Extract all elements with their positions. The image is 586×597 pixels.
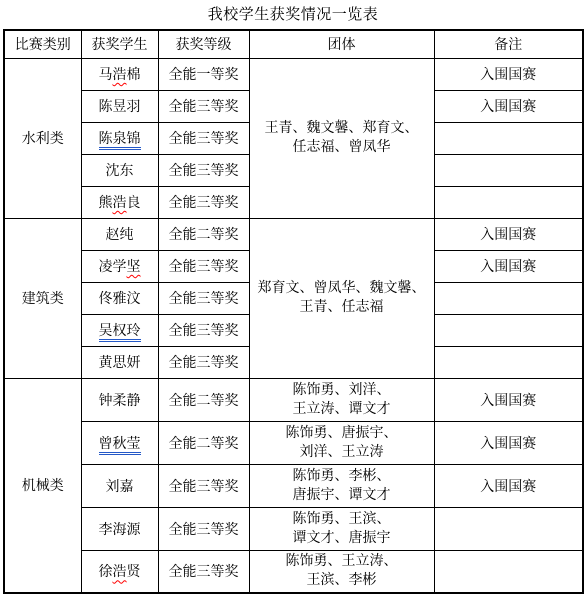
column-header-award-level: 获奖等级 bbox=[158, 30, 249, 58]
team-cell: 王青、魏文馨、郑育文、任志福、曾凤华 bbox=[249, 58, 434, 218]
team-line: 陈饰勇、唐振宇、 bbox=[252, 424, 432, 443]
student-cell: 陈泉锦 bbox=[81, 122, 158, 154]
team-line: 任志福、曾凤华 bbox=[252, 138, 432, 157]
table-row: 机械类钟柔静全能二等奖陈饰勇、刘洋、王立涛、谭文才入围国赛 bbox=[4, 378, 583, 421]
category-cell: 建筑类 bbox=[4, 218, 81, 378]
student-cell: 徐浩贤 bbox=[81, 550, 158, 593]
header-row: 比赛类别 获奖学生 获奖等级 团体 备注 bbox=[4, 30, 583, 58]
note-cell bbox=[434, 154, 583, 186]
student-cell: 李海源 bbox=[81, 507, 158, 550]
team-cell: 陈饰勇、刘洋、王立涛、谭文才 bbox=[249, 378, 434, 421]
grammar-error-mark: 陈泉锦 bbox=[99, 132, 141, 150]
student-cell: 陈昱羽 bbox=[81, 90, 158, 122]
team-line: 唐振宇、谭文才 bbox=[252, 486, 432, 505]
note-cell: 入围国赛 bbox=[434, 90, 583, 122]
award-level-cell: 全能三等奖 bbox=[158, 507, 249, 550]
table-row: 建筑类赵纯全能二等奖郑育文、曾凤华、魏文馨、王青、任志福入围国赛 bbox=[4, 218, 583, 250]
student-cell: 熊浩良 bbox=[81, 186, 158, 218]
column-header-team: 团体 bbox=[249, 30, 434, 58]
team-cell: 郑育文、曾凤华、魏文馨、王青、任志福 bbox=[249, 218, 434, 378]
team-line: 陈饰勇、王滨、 bbox=[252, 510, 432, 529]
note-cell: 入围国赛 bbox=[434, 218, 583, 250]
award-level-cell: 全能二等奖 bbox=[158, 378, 249, 421]
student-name: 李海源 bbox=[99, 523, 141, 538]
award-level-cell: 全能三等奖 bbox=[158, 314, 249, 346]
student-name: 徐浩贤 bbox=[99, 565, 141, 580]
student-cell: 吴权玲 bbox=[81, 314, 158, 346]
spell-error-mark: 浩 bbox=[113, 68, 127, 83]
student-name: 陈昱羽 bbox=[99, 100, 141, 115]
table-row: 李海源全能三等奖陈饰勇、王滨、谭文才、唐振宇 bbox=[4, 507, 583, 550]
student-name: 熊浩良 bbox=[99, 196, 141, 211]
name-text: 良 bbox=[127, 196, 141, 211]
table-row: 水利类马浩棉全能一等奖王青、魏文馨、郑育文、任志福、曾凤华入围国赛 bbox=[4, 58, 583, 90]
award-level-cell: 全能三等奖 bbox=[158, 550, 249, 593]
table-body: 水利类马浩棉全能一等奖王青、魏文馨、郑育文、任志福、曾凤华入围国赛陈昱羽全能三等… bbox=[4, 58, 583, 593]
student-name: 曾秋莹 bbox=[99, 437, 141, 455]
student-cell: 佟雅汶 bbox=[81, 282, 158, 314]
spell-error-mark: 浩 bbox=[113, 565, 127, 580]
student-name: 马浩棉 bbox=[99, 68, 141, 83]
name-text: 贤 bbox=[127, 565, 141, 580]
award-level-cell: 全能三等奖 bbox=[158, 346, 249, 378]
team-cell: 陈饰勇、唐振宇、刘洋、王立涛 bbox=[249, 421, 434, 464]
award-level-cell: 全能三等奖 bbox=[158, 154, 249, 186]
team-line: 王立涛、谭文才 bbox=[252, 400, 432, 419]
awards-table: 比赛类别 获奖学生 获奖等级 团体 备注 水利类马浩棉全能一等奖王青、魏文馨、郑… bbox=[3, 29, 584, 594]
name-text: 棉 bbox=[127, 68, 141, 83]
table-row: 曾秋莹全能二等奖陈饰勇、唐振宇、刘洋、王立涛入围国赛 bbox=[4, 421, 583, 464]
team-line: 陈饰勇、李彬、 bbox=[252, 467, 432, 486]
name-text: 马 bbox=[99, 68, 113, 83]
award-level-cell: 全能二等奖 bbox=[158, 218, 249, 250]
team-line: 郑育文、曾凤华、魏文馨、 bbox=[252, 279, 432, 298]
note-cell bbox=[434, 507, 583, 550]
category-cell: 水利类 bbox=[4, 58, 81, 218]
award-level-cell: 全能三等奖 bbox=[158, 122, 249, 154]
note-cell bbox=[434, 346, 583, 378]
student-name: 陈泉锦 bbox=[99, 132, 141, 150]
note-cell bbox=[434, 186, 583, 218]
note-cell: 入围国赛 bbox=[434, 378, 583, 421]
note-cell: 入围国赛 bbox=[434, 421, 583, 464]
column-header-category: 比赛类别 bbox=[4, 30, 81, 58]
team-line: 刘洋、王立涛 bbox=[252, 443, 432, 462]
team-line: 陈饰勇、刘洋、 bbox=[252, 381, 432, 400]
document-title: 我校学生获奖情况一览表 bbox=[0, 0, 586, 29]
student-name: 黄思妍 bbox=[99, 356, 141, 371]
award-level-cell: 全能二等奖 bbox=[158, 421, 249, 464]
team-line: 陈饰勇、王立涛、 bbox=[252, 552, 432, 571]
team-line: 谭文才、唐振宇 bbox=[252, 529, 432, 548]
spell-error-mark: 浩 bbox=[113, 196, 127, 211]
student-cell: 刘嘉 bbox=[81, 464, 158, 507]
team-cell: 陈饰勇、王滨、谭文才、唐振宇 bbox=[249, 507, 434, 550]
student-cell: 沈东 bbox=[81, 154, 158, 186]
note-cell: 入围国赛 bbox=[434, 250, 583, 282]
table-row: 徐浩贤全能三等奖陈饰勇、王立涛、王滨、李彬 bbox=[4, 550, 583, 593]
award-level-cell: 全能三等奖 bbox=[158, 464, 249, 507]
table-row: 刘嘉全能三等奖陈饰勇、李彬、唐振宇、谭文才入围国赛 bbox=[4, 464, 583, 507]
award-level-cell: 全能三等奖 bbox=[158, 282, 249, 314]
student-name: 沈东 bbox=[106, 164, 134, 179]
student-name: 钟柔静 bbox=[99, 394, 141, 409]
student-cell: 钟柔静 bbox=[81, 378, 158, 421]
team-cell: 陈饰勇、王立涛、王滨、李彬 bbox=[249, 550, 434, 593]
award-level-cell: 全能三等奖 bbox=[158, 186, 249, 218]
note-cell: 入围国赛 bbox=[434, 58, 583, 90]
note-cell bbox=[434, 550, 583, 593]
award-level-cell: 全能三等奖 bbox=[158, 90, 249, 122]
spell-error-mark: 坚 bbox=[127, 260, 141, 275]
award-level-cell: 全能三等奖 bbox=[158, 250, 249, 282]
column-header-note: 备注 bbox=[434, 30, 583, 58]
team-line: 王青、魏文馨、郑育文、 bbox=[252, 119, 432, 138]
student-name: 凌学坚 bbox=[99, 260, 141, 275]
name-text: 凌学 bbox=[99, 260, 127, 275]
team-line: 王青、任志福 bbox=[252, 298, 432, 317]
document-page: 我校学生获奖情况一览表 比赛类别 获奖学生 获奖等级 团体 备注 水利类马浩棉全… bbox=[0, 0, 586, 597]
team-cell: 陈饰勇、李彬、唐振宇、谭文才 bbox=[249, 464, 434, 507]
note-cell bbox=[434, 282, 583, 314]
award-level-cell: 全能一等奖 bbox=[158, 58, 249, 90]
grammar-error-mark: 曾秋莹 bbox=[99, 437, 141, 455]
student-cell: 赵纯 bbox=[81, 218, 158, 250]
student-cell: 曾秋莹 bbox=[81, 421, 158, 464]
note-cell bbox=[434, 314, 583, 346]
student-cell: 凌学坚 bbox=[81, 250, 158, 282]
name-text: 熊 bbox=[99, 196, 113, 211]
grammar-error-mark: 吴权玲 bbox=[99, 324, 141, 342]
note-cell: 入围国赛 bbox=[434, 464, 583, 507]
name-text: 徐 bbox=[99, 565, 113, 580]
student-cell: 马浩棉 bbox=[81, 58, 158, 90]
student-name: 吴权玲 bbox=[99, 324, 141, 342]
team-line: 王滨、李彬 bbox=[252, 571, 432, 590]
column-header-student: 获奖学生 bbox=[81, 30, 158, 58]
student-cell: 黄思妍 bbox=[81, 346, 158, 378]
category-cell: 机械类 bbox=[4, 378, 81, 593]
student-name: 赵纯 bbox=[106, 228, 134, 243]
student-name: 佟雅汶 bbox=[99, 292, 141, 307]
note-cell bbox=[434, 122, 583, 154]
student-name: 刘嘉 bbox=[106, 480, 134, 495]
